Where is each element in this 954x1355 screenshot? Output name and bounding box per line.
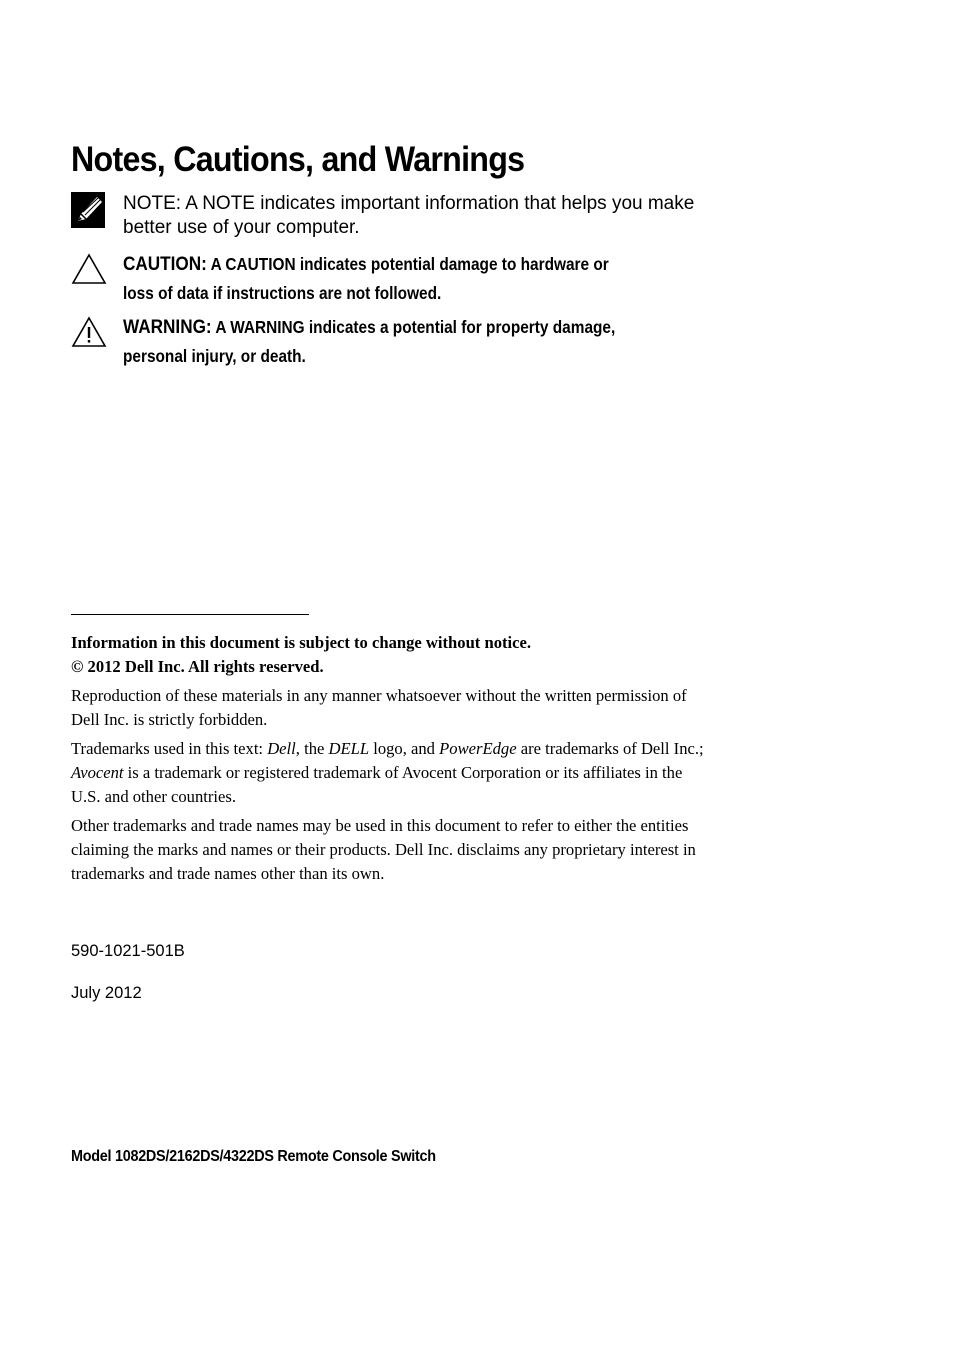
caution-label: CAUTION:: [123, 253, 207, 275]
divider-line: [71, 614, 309, 615]
change-notice: Information in this document is subject …: [71, 631, 711, 655]
publication-date: July 2012: [71, 984, 142, 1003]
trademarks-text: logo, and: [369, 739, 439, 758]
trademark-poweredge: PowerEdge: [439, 739, 516, 758]
trademarks-notice: Trademarks used in this text: Dell, the …: [71, 737, 711, 809]
trademark-dell: Dell: [267, 739, 296, 758]
note-text: NOTE: A NOTE indicates important informa…: [123, 192, 713, 240]
note-label: NOTE:: [123, 193, 181, 214]
caution-text: CAUTION: A CAUTION indicates potential d…: [123, 250, 642, 308]
trademarks-text: Trademarks used in this text:: [71, 739, 267, 758]
trademark-avocent: Avocent: [71, 763, 124, 782]
trademarks-text: are trademarks of Dell Inc.;: [517, 739, 704, 758]
part-number: 590-1021-501B: [71, 942, 185, 961]
reproduction-notice: Reproduction of these materials in any m…: [71, 684, 711, 732]
warning-triangle-icon: [71, 315, 107, 351]
caution-triangle-icon: [71, 252, 107, 288]
trademarks-text: is a trademark or registered trademark o…: [71, 763, 682, 806]
warning-label: WARNING:: [123, 316, 212, 338]
other-trademarks-notice: Other trademarks and trade names may be …: [71, 814, 711, 886]
note-body: A NOTE indicates important information t…: [123, 193, 694, 238]
pencil-icon: [71, 192, 107, 228]
footer-model: Model 1082DS/2162DS/4322DS Remote Consol…: [71, 1148, 436, 1166]
warning-text: WARNING: A WARNING indicates a potential…: [123, 313, 642, 371]
copyright: © 2012 Dell Inc. All rights reserved.: [71, 655, 711, 679]
trademark-dell-logo: DELL: [329, 739, 370, 758]
document-page: Notes, Cautions, and Warnings NOTE: A NO…: [0, 0, 954, 1355]
legal-block: Information in this document is subject …: [71, 631, 711, 886]
trademarks-text: , the: [296, 739, 329, 758]
page-title: Notes, Cautions, and Warnings: [71, 140, 524, 180]
